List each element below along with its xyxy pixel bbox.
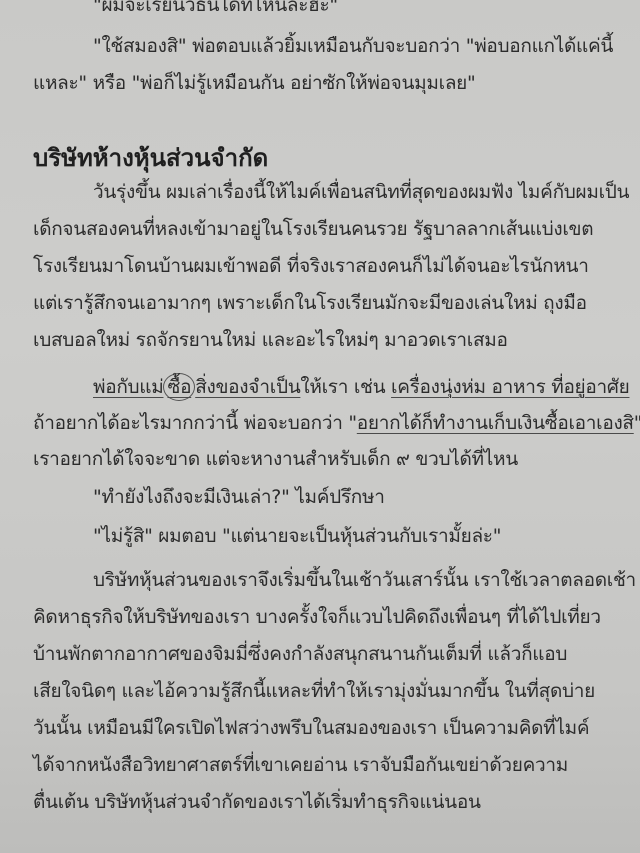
text-line: เด็กจนสองคนที่หลงเข้ามาอยู่ในโรงเรียนคนร… [33,216,620,242]
underlined-text: อยากได้ก็ทำงานเก็บเงินซื้อเอาเองสิ [357,412,634,434]
plain-text: ให้เรา เช่น [300,376,391,398]
text-line: แต่เรารู้สึกจนเอามากๆ เพราะเด็กในโรงเรีย… [33,290,620,316]
dialogue-line: "ทำยังไงถึงจะมีเงินเล่า?" ไมค์ปรึกษา [93,484,620,510]
circled-word-annotation: ซื้อ [163,373,195,401]
text-line: เสียใจนิดๆ และไอ้ความรู้สึกนี้แหละที่ทำใ… [33,678,620,704]
text-line: แหละ" หรือ "พ่อก็ไม่รู้เหมือนกัน อย่าซัก… [33,70,620,96]
text-line: โรงเรียนมาโดนบ้านผมเข้าพอดี ที่จริงเราสอ… [33,253,620,279]
dialogue-line: "ไม่รู้สิ" ผมตอบ "แต่นายจะเป็นหุ้นส่วนกั… [93,523,620,549]
plain-text: ถ้าอยากได้อะไรมากกว่านี้ พ่อจะบอกว่า " [33,412,357,434]
text-line-annotated: พ่อกับแม่ซื้อสิ่งของจำเป็นให้เรา เช่น เค… [93,374,620,400]
text-line: "ผมจะเรียนวิธีนี้ได้ที่ไหนล่ะฮะ" [93,0,620,18]
text-line: คิดหาธุรกิจให้บริษัทของเรา บางครั้งใจก็แ… [33,604,620,630]
text-line: "ใช้สมองสิ" พ่อตอบแล้วยิ้มเหมือนกับจะบอก… [93,33,620,59]
text-line: วันรุ่งขึ้น ผมเล่าเรื่องนี้ให้ไมค์เพื่อน… [93,179,620,205]
plain-text: " [634,412,640,434]
underlined-text: พ่อกับแม่ [93,376,163,398]
underlined-text: เครื่องนุ่งห่ม อาหาร ที่อยู่อาศัย [391,376,629,398]
book-page: "ผมจะเรียนวิธีนี้ได้ที่ไหนล่ะฮะ" "ใช้สมอ… [0,0,640,853]
text-line: เราอยากได้ใจจะขาด แต่จะหางานสำหรับเด็ก ๙… [33,446,620,472]
text-line: บริษัทหุ้นส่วนของเราจึงเริ่มขึ้นในเช้าวั… [93,567,620,593]
text-line: บ้านพักตากอากาศของจิมมี่ซึ่งคงกำลังสนุกส… [33,641,620,667]
text-line: ตื่นเต้น บริษัทหุ้นส่วนจำกัดของเราได้เริ… [33,789,620,815]
text-line: ได้จากหนังสือวิทยาศาสตร์ที่เขาเคยอ่าน เร… [33,752,620,778]
text-line: เบสบอลใหม่ รถจักรยานใหม่ และอะไรใหม่ๆ มา… [33,327,620,353]
section-heading: บริษัทห้างหุ้นส่วนจำกัด [33,142,268,174]
text-line-annotated: ถ้าอยากได้อะไรมากกว่านี้ พ่อจะบอกว่า "อย… [33,410,620,436]
text-line: วันนั้น เหมือนมีใครเปิดไฟสว่างพรึบในสมอง… [33,715,620,741]
underlined-text: สิ่งของจำเป็น [195,376,300,398]
